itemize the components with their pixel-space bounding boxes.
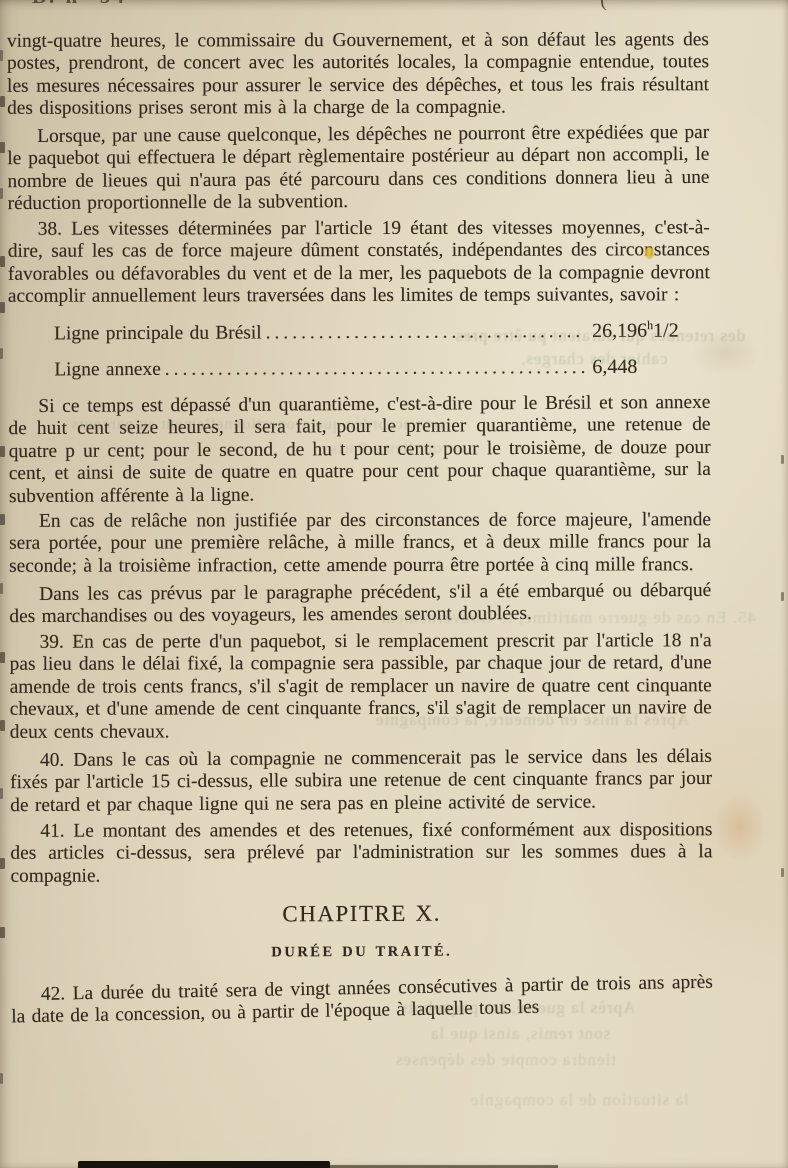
- binding-mark: [0, 446, 5, 457]
- edge-mark: [781, 455, 784, 464]
- binding-mark: [0, 96, 5, 107]
- scanned-document-page: B. n° 54 ( vingt-quatre heures, le commi…: [0, 0, 788, 1168]
- bleedthrough-text: Après la guerre, les paquebots: [400, 998, 635, 1018]
- bulletin-number-fragment: B. n° 54: [32, 0, 127, 9]
- binding-mark: [0, 583, 3, 594]
- binding-mark: [0, 302, 5, 313]
- chapter-heading-block: CHAPITRE X. DURÉE DU TRAITÉ.: [11, 901, 713, 965]
- paragraph-article-40: 40. Dans le cas où la compagnie ne comme…: [10, 746, 712, 818]
- page-number-fragment: (: [600, 0, 607, 10]
- binding-mark: [0, 50, 3, 61]
- binding-mark: [0, 256, 5, 267]
- binding-mark: [0, 927, 5, 938]
- binding-mark: [0, 514, 5, 525]
- paragraph: En cas de relâche non justifiée par des …: [9, 509, 711, 578]
- ink-speck: [645, 247, 654, 259]
- binding-mark: [0, 788, 3, 799]
- row-label: Ligne principale du Brésil: [54, 322, 262, 345]
- binding-mark: [0, 188, 3, 199]
- row-label: Ligne annexe: [54, 359, 161, 382]
- clipped-header-line: B. n° 54 (: [0, 0, 788, 10]
- bleedthrough-text: 45. En cas de guerre maritime, le Gouver…: [380, 608, 756, 628]
- binding-mark: [0, 858, 5, 869]
- paper-stain: [690, 330, 760, 376]
- paragraph-continuation: vingt-quatre heures, le commissaire du G…: [7, 29, 709, 120]
- chapter-title: CHAPITRE X.: [11, 901, 713, 926]
- edge-mark: [781, 592, 784, 601]
- bleedthrough-text: auront lieu à Paris: [330, 440, 465, 458]
- paragraph-article-38: 38. Les vitesses déterminées par l'artic…: [8, 217, 710, 308]
- bleedthrough-text: tiendra compte des dépenses: [395, 1050, 616, 1070]
- binding-mark: [0, 652, 5, 663]
- scan-edge-bar: [78, 1161, 330, 1168]
- chapter-subtitle: DURÉE DU TRAITÉ.: [11, 940, 713, 965]
- bleedthrough-text: la situation de la compagnie: [470, 1090, 689, 1110]
- bleedthrough-text: sera accordée que proportionnellement au…: [70, 416, 446, 434]
- binding-mark: [0, 720, 5, 731]
- bleedthrough-text: cahier des charges,: [520, 349, 668, 369]
- paper-stain: [714, 792, 766, 862]
- paragraph-article-41: 41. Le montant des amendes et des retenu…: [10, 819, 712, 888]
- document-text-column: vingt-quatre heures, le commissaire du G…: [7, 28, 713, 1028]
- bleedthrough-text: Après la mise en demeure, la compagnie: [375, 710, 689, 730]
- binding-mark: [0, 348, 3, 359]
- binding-mark: [0, 1073, 3, 1084]
- binding-mark: [0, 142, 5, 153]
- paragraph: Lorsque, par une cause quelconque, les d…: [7, 122, 710, 216]
- bleedthrough-text: sont remis, ainsi que la: [430, 1024, 610, 1044]
- edge-mark: [781, 868, 784, 877]
